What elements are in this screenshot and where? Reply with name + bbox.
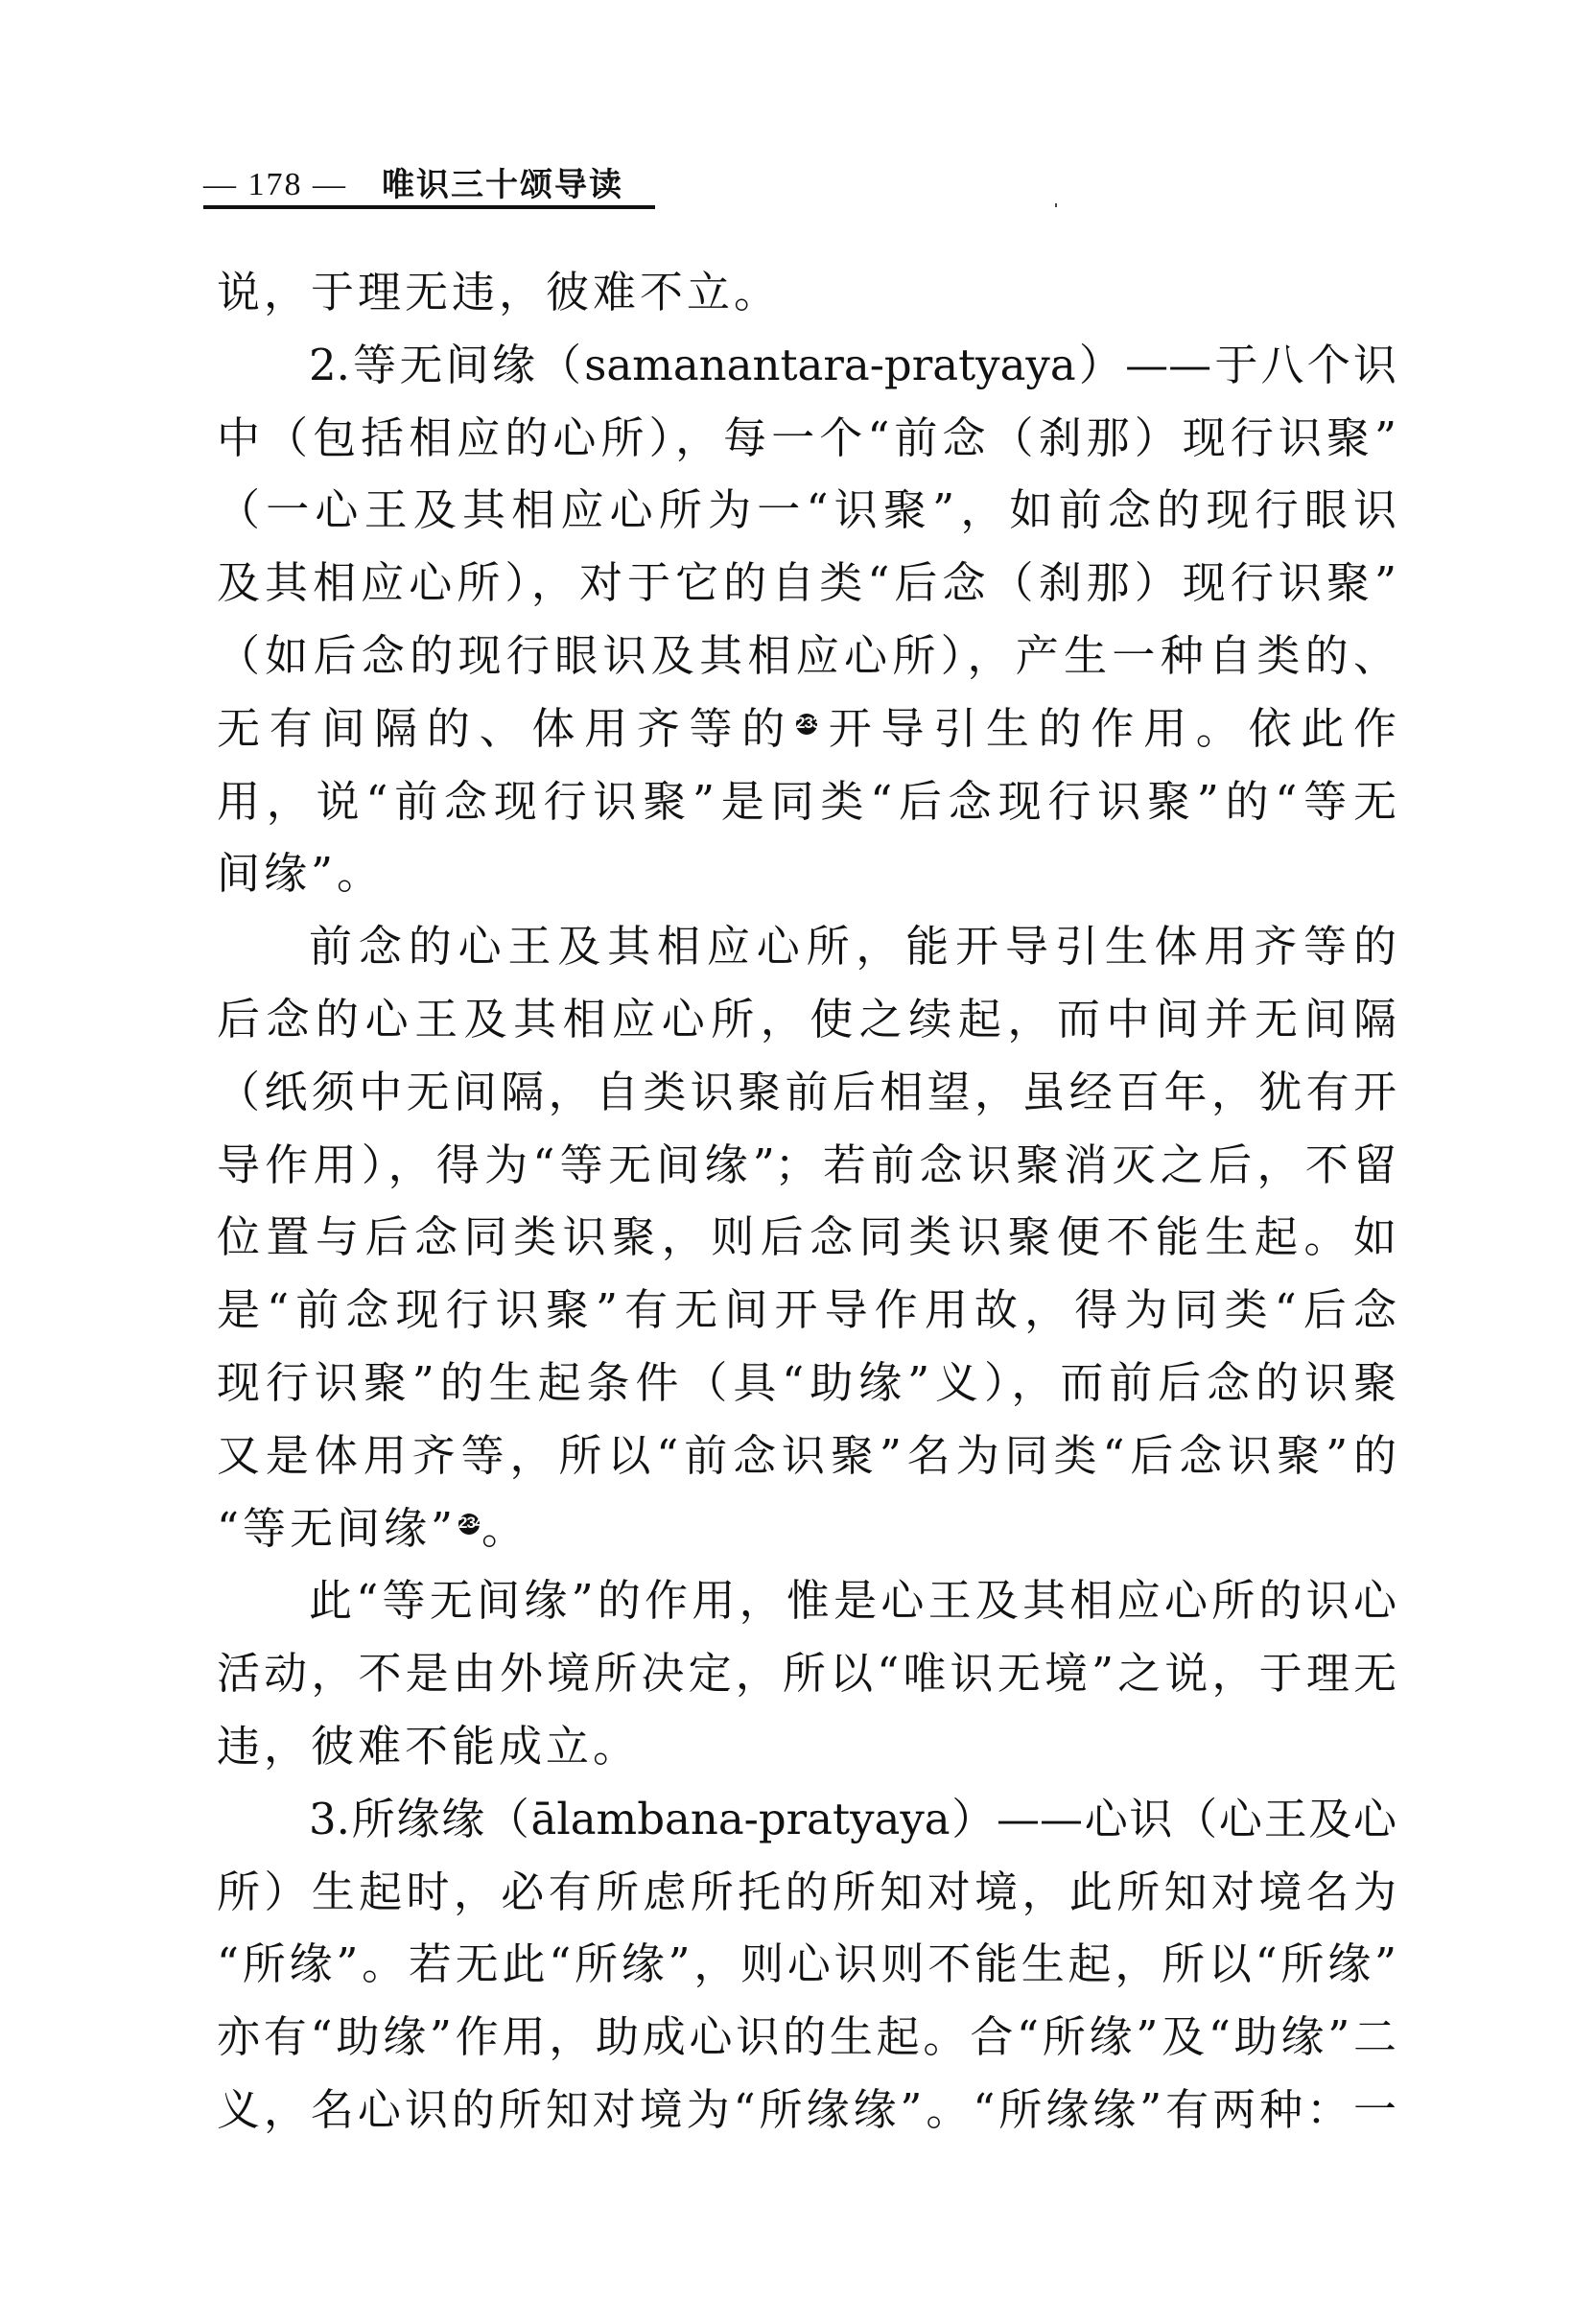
- text-line: 违，彼难不能成立。: [217, 1719, 1396, 1792]
- text-line: 又是体用齐等，所以“前念识聚”名为同类“后念识聚”的: [217, 1428, 1396, 1501]
- text-line: （一心王及其相应心所为一“识聚”，如前念的现行眼识: [217, 482, 1396, 555]
- footnote-marker[interactable]: 234: [458, 1514, 480, 1535]
- text-line: 是“前念现行识聚”有无间开导作用故，得为同类“后念: [217, 1282, 1396, 1355]
- scan-speck: [1055, 203, 1057, 207]
- text-line: “等无间缘”234。: [217, 1501, 1396, 1574]
- text-line: 间缘”。: [217, 846, 1396, 919]
- text-line: （纸须中无间隔，自类识聚前后相望，虽经百年，犹有开: [217, 1065, 1396, 1138]
- text-line: 说，于理无违，彼难不立。: [217, 265, 1396, 338]
- text-line: 后念的心王及其相应心所，使之续起，而中间并无间隔: [217, 992, 1396, 1065]
- text-line: 活动，不是由外境所决定，所以“唯识无境”之说，于理无: [217, 1646, 1396, 1719]
- text-line: 2.等无间缘（samanantara-pratyaya）——于八个识: [217, 338, 1396, 411]
- text-line: 前念的心王及其相应心所，能开导引生体用齐等的: [217, 919, 1396, 992]
- text-line: 所）生起时，必有所虑所托的所知对境，此所知对境名为: [217, 1865, 1396, 1937]
- running-header: — 178 — 唯识三十颂导读: [203, 161, 655, 209]
- text-line: 导作用），得为“等无间缘”；若前念识聚消灭之后，不留: [217, 1138, 1396, 1210]
- text-line: 中（包括相应的心所），每一个“前念（刹那）现行识聚”: [217, 411, 1396, 483]
- text-line: 无有间隔的、体用齐等的233开导引生的作用。依此作: [217, 701, 1396, 774]
- text-line: 用，说“前念现行识聚”是同类“后念现行识聚”的“等无: [217, 774, 1396, 847]
- text-line: 亦有“助缘”作用，助成心识的生起。合“所缘”及“助缘”二: [217, 2009, 1396, 2082]
- book-title: 唯识三十颂导读: [382, 165, 623, 205]
- page-number: — 178 —: [203, 165, 347, 205]
- text-line: （如后念的现行眼识及其相应心所），产生一种自类的、: [217, 628, 1396, 701]
- text-line: 3.所缘缘（ālambana-pratyaya）——心识（心王及心: [217, 1792, 1396, 1865]
- text-line: 此“等无间缘”的作用，惟是心王及其相应心所的识心: [217, 1573, 1396, 1646]
- footnote-marker[interactable]: 233: [796, 714, 817, 735]
- text-line: 义，名心识的所知对境为“所缘缘”。“所缘缘”有两种：一: [217, 2082, 1396, 2155]
- text-line: “所缘”。若无此“所缘”，则心识则不能生起，所以“所缘”: [217, 1937, 1396, 2009]
- text-line: 位置与后念同类识聚，则后念同类识聚便不能生起。如: [217, 1209, 1396, 1282]
- text-line: 现行识聚”的生起条件（具“助缘”义），而前后念的识聚: [217, 1355, 1396, 1428]
- text-line: 及其相应心所），对于它的自类“后念（刹那）现行识聚”: [217, 555, 1396, 628]
- body-text: 说，于理无违，彼难不立。 2.等无间缘（samanantara-pratyaya…: [217, 265, 1396, 2155]
